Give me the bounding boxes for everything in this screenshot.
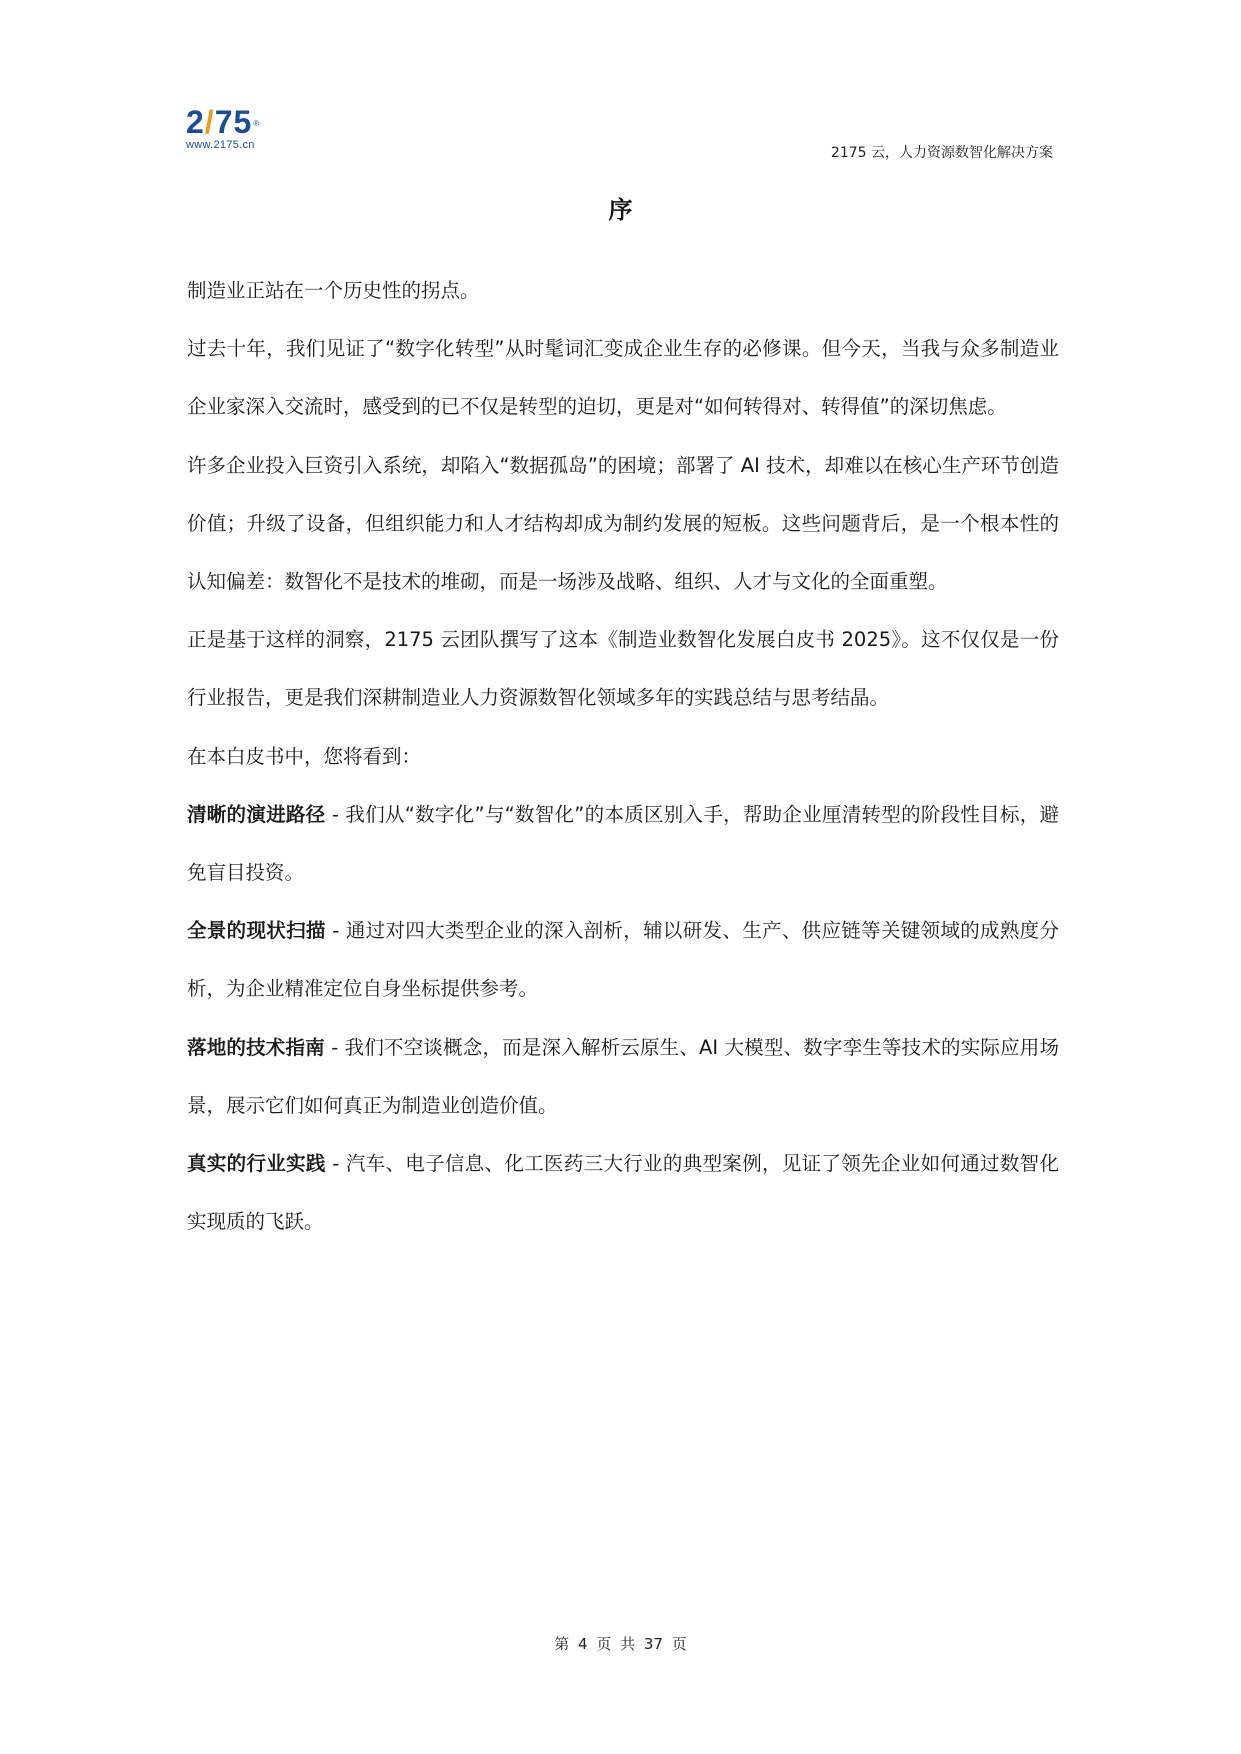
paragraph: 在本白皮书中，您将看到： [187, 728, 1059, 786]
logo-url: www.2175.cn [186, 139, 286, 151]
logo-mark-right: 75 [215, 104, 253, 140]
highlight-title: 真实的行业实践 [187, 1152, 326, 1175]
page-number: 第 4 页 共 37 页 [0, 1633, 1241, 1654]
logo-mark-slash: / [205, 104, 215, 140]
paragraph: 过去十年，我们见证了“数字化转型”从时髦词汇变成企业生存的必修课。但今天，当我与… [187, 320, 1059, 436]
paragraph: 许多企业投入巨资引入系统，却陷入“数据孤岛”的困境；部署了 AI 技术，却难以在… [187, 437, 1059, 612]
company-logo: 2/75® www.2175.cn [186, 106, 286, 158]
paragraph-text: 许多企业投入巨资引入系统，却陷入“数据孤岛”的困境；部署了 AI 技术，却难以在… [187, 454, 1059, 593]
header-tagline: 2175 云，人力资源数智化解决方案 [831, 142, 1053, 162]
body-content: 制造业正站在一个历史性的拐点。 过去十年，我们见证了“数字化转型”从时髦词汇变成… [187, 262, 1059, 1251]
highlight-paragraph: 全景的现状扫描 - 通过对四大类型企业的深入剖析，辅以研发、生产、供应链等关键领… [187, 902, 1059, 1018]
paragraph-text: 过去十年，我们见证了“数字化转型”从时髦词汇变成企业生存的必修课。但今天，当我与… [187, 337, 1059, 418]
paragraph-text: 在本白皮书中，您将看到： [187, 745, 421, 768]
highlight-paragraph: 落地的技术指南 - 我们不空谈概念，而是深入解析云原生、AI 大模型、数字孪生等… [187, 1019, 1059, 1135]
paragraph-text: 制造业正站在一个历史性的拐点。 [187, 279, 480, 302]
paragraph: 制造业正站在一个历史性的拐点。 [187, 262, 1059, 320]
highlight-paragraph: 清晰的演进路径 - 我们从“数字化”与“数智化”的本质区别入手，帮助企业厘清转型… [187, 786, 1059, 902]
logo-mark-left: 2 [186, 104, 205, 140]
logo-mark: 2/75® [186, 106, 286, 138]
highlight-title: 落地的技术指南 [187, 1036, 325, 1059]
highlight-title: 清晰的演进路径 [187, 803, 325, 826]
registered-icon: ® [253, 108, 260, 140]
paragraph: 正是基于这样的洞察，2175 云团队撰写了这本《制造业数智化发展白皮书 2025… [187, 611, 1059, 727]
page-title: 序 [0, 190, 1241, 225]
highlight-title: 全景的现状扫描 [187, 919, 326, 942]
highlight-paragraph: 真实的行业实践 - 汽车、电子信息、化工医药三大行业的典型案例，见证了领先企业如… [187, 1135, 1059, 1251]
paragraph-text: 正是基于这样的洞察，2175 云团队撰写了这本《制造业数智化发展白皮书 2025… [187, 628, 1059, 709]
